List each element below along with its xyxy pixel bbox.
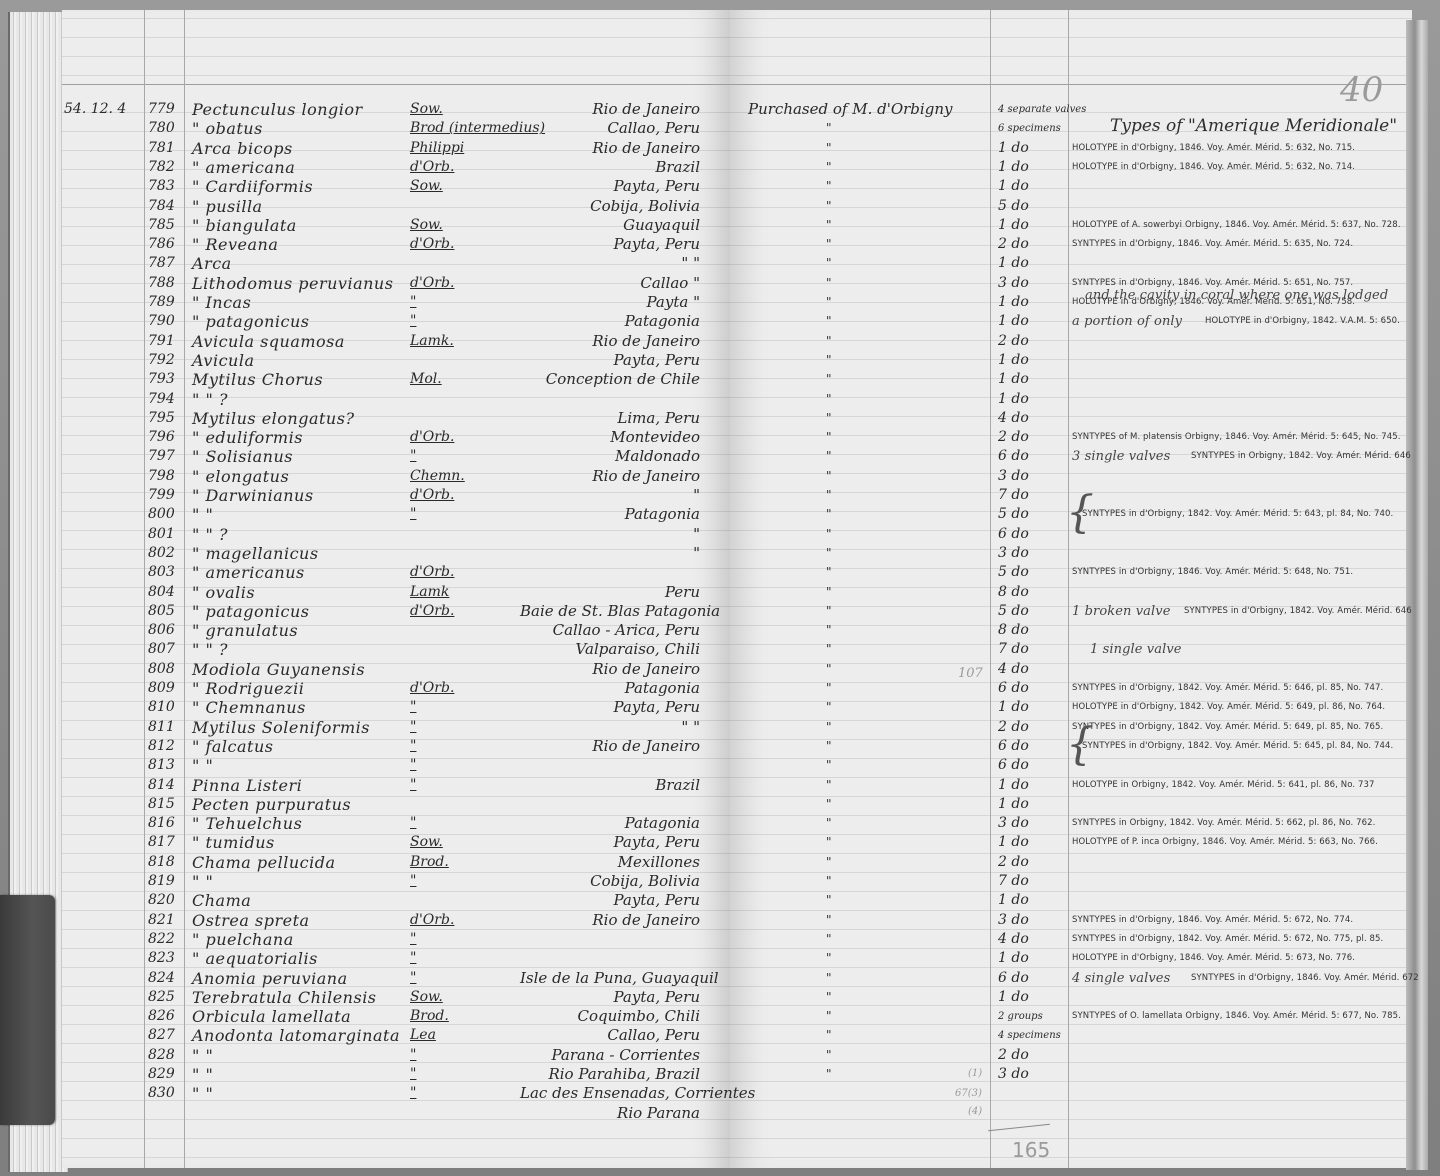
ledger-row: 810" Chemnanus"Payta, Peru"1 doHOLOTYPE … <box>0 698 1440 717</box>
species-name: " " <box>192 872 213 891</box>
ledger-row: 804" ovalisLamkPeru"8 do <box>0 583 1440 602</box>
species-author: Lamk <box>410 583 449 602</box>
specimen-quantity: 8 do <box>998 621 1029 640</box>
ledger-row: 796" eduliformisd'Orb.Montevideo"2 doSYN… <box>0 428 1440 447</box>
specimen-quantity: 2 do <box>998 1046 1029 1065</box>
species-name: " Darwinianus <box>192 486 314 505</box>
species-name: Chama pellucida <box>192 853 336 872</box>
type-status-note: HOLOTYPE in d'Orbigny, 1846. Voy. Amér. … <box>1072 949 1355 968</box>
locality: Brazil <box>520 776 700 795</box>
species-name: " " ? <box>192 390 228 409</box>
source-ditto: " <box>826 254 832 273</box>
source-ditto: " <box>826 1026 832 1045</box>
ledger-row: 798" elongatusChemn.Rio de Janeiro"3 do <box>0 467 1440 486</box>
type-status-note: SYNTYPES in Orbigny, 1842. Voy. Amér. Mé… <box>1191 447 1411 466</box>
species-name: " Chemnanus <box>192 698 306 717</box>
species-name: Arca bicops <box>192 139 293 158</box>
specimen-quantity: 6 specimens <box>998 119 1061 138</box>
ledger-row: 817" tumidusSow.Payta, Peru"1 doHOLOTYPE… <box>0 833 1440 852</box>
species-name: Anomia peruviana <box>192 969 348 988</box>
register-number: 803 <box>148 563 175 582</box>
source-ditto: " <box>826 544 832 563</box>
source-ditto: " <box>826 602 832 621</box>
ledger-row: 815Pecten purpuratus"1 do <box>0 795 1440 814</box>
ledger-row: 812" falcatus"Rio de Janeiro"6 doSYNTYPE… <box>0 737 1440 756</box>
ledger-row: 819" ""Cobija, Bolivia"7 do <box>0 872 1440 891</box>
species-name: Avicula <box>192 351 254 370</box>
source-ditto: " <box>826 583 832 602</box>
register-number: 815 <box>148 795 175 814</box>
species-author: " <box>410 930 416 949</box>
locality: Callao - Arica, Peru <box>520 621 700 640</box>
species-author: " <box>410 293 416 312</box>
register-number: 828 <box>148 1046 175 1065</box>
species-author: Brod. <box>410 1007 449 1026</box>
species-author: d'Orb. <box>410 486 454 505</box>
source-ditto: " <box>826 640 832 659</box>
ledger-row: 818Chama pellucidaBrod.Mexillones"2 do <box>0 853 1440 872</box>
ledger-row: 805" patagonicusd'Orb.Baie de St. Blas P… <box>0 602 1440 621</box>
species-author: Sow. <box>410 988 443 1007</box>
type-status-note: SYNTYPES in d'Orbigny, 1846. Voy. Amér. … <box>1072 911 1353 930</box>
ledger-row: Rio Parana <box>0 1104 1440 1123</box>
source-ditto: " <box>826 274 832 293</box>
source-ditto: " <box>826 969 832 988</box>
specimen-quantity: 1 do <box>998 293 1029 312</box>
species-author: " <box>410 949 416 968</box>
species-name: Arca <box>192 254 232 273</box>
locality: Montevideo <box>520 428 700 447</box>
source-ditto: " <box>826 776 832 795</box>
ledger-row: 784" pusillaCobija, Bolivia"5 do <box>0 197 1440 216</box>
source-ditto: " <box>826 872 832 891</box>
species-name: " eduliformis <box>192 428 303 447</box>
register-number: 805 <box>148 602 175 621</box>
locality: " <box>520 486 700 505</box>
source-ditto: " <box>826 216 832 235</box>
register-date: 54. 12. 4 <box>64 100 126 119</box>
register-number: 781 <box>148 139 175 158</box>
specimen-quantity: 2 do <box>998 853 1029 872</box>
type-status-note: SYNTYPES in d'Orbigny, 1842. Voy. Amér. … <box>1184 602 1412 621</box>
locality: Payta " <box>520 293 700 312</box>
species-name: " Rodriguezii <box>192 679 304 698</box>
specimen-quantity: 1 do <box>998 139 1029 158</box>
species-author: Sow. <box>410 833 443 852</box>
type-status-note: SYNTYPES in d'Orbigny, 1846. Voy. Amér. … <box>1191 969 1419 988</box>
species-name: " " <box>192 505 213 524</box>
register-number: 780 <box>148 119 175 138</box>
register-number: 790 <box>148 312 175 331</box>
source-ditto: " <box>826 409 832 428</box>
ledger-row: 782" americanad'Orb.Brazil"1 doHOLOTYPE … <box>0 158 1440 177</box>
species-author: d'Orb. <box>410 235 454 254</box>
register-number: 785 <box>148 216 175 235</box>
ledger-row: 803" americanusd'Orb."5 doSYNTYPES in d'… <box>0 563 1440 582</box>
locality: Callao " <box>520 274 700 293</box>
ledger-row: 806" granulatusCallao - Arica, Peru"8 do <box>0 621 1440 640</box>
handwritten-annotation: 1 single valve <box>1090 640 1182 659</box>
species-name: Anodonta latomarginata <box>192 1026 400 1045</box>
source-ditto: " <box>826 891 832 910</box>
type-status-note: HOLOTYPE in d'Orbigny, 1846. Voy. Amér. … <box>1072 293 1355 312</box>
source-ditto: " <box>826 988 832 1007</box>
register-number: 811 <box>148 718 175 737</box>
species-name: " puelchana <box>192 930 294 949</box>
species-name: Mytilus Soleniformis <box>192 718 370 737</box>
source-ditto: " <box>826 370 832 389</box>
register-number: 798 <box>148 467 175 486</box>
register-number: 789 <box>148 293 175 312</box>
ledger-row: 787Arca" ""1 do <box>0 254 1440 273</box>
register-number: 813 <box>148 756 175 775</box>
ledger-row: 799" Darwinianusd'Orb.""7 do <box>0 486 1440 505</box>
ledger-row: 54. 12. 4779Pectunculus longiorSow.Rio d… <box>0 100 1440 119</box>
specimen-quantity: 1 do <box>998 776 1029 795</box>
ledger-row: 822" puelchana""4 doSYNTYPES in d'Orbign… <box>0 930 1440 949</box>
register-number: 782 <box>148 158 175 177</box>
register-number: 787 <box>148 254 175 273</box>
species-name: " elongatus <box>192 467 289 486</box>
locality: Lima, Peru <box>520 409 700 428</box>
register-number: 830 <box>148 1084 175 1103</box>
register-number: 817 <box>148 833 175 852</box>
specimen-quantity: 3 do <box>998 467 1029 486</box>
species-name: Ostrea spreta <box>192 911 310 930</box>
species-name: Lithodomus peruvianus <box>192 274 393 293</box>
type-status-note: SYNTYPES in d'Orbigny, 1842. Voy. Amér. … <box>1072 930 1383 949</box>
species-author: " <box>410 505 416 524</box>
species-author: d'Orb. <box>410 158 454 177</box>
locality: Rio Parahiba, Brazil <box>520 1065 700 1084</box>
register-number: 784 <box>148 197 175 216</box>
type-status-note: SYNTYPES in d'Orbigny, 1842. Voy. Amér. … <box>1072 718 1383 737</box>
source-ditto: " <box>826 119 832 138</box>
species-author: " <box>410 872 416 891</box>
species-author: d'Orb. <box>410 428 454 447</box>
handwritten-annotation: 3 single valves <box>1072 447 1170 466</box>
specimen-quantity: 1 do <box>998 390 1029 409</box>
handwritten-annotation: 4 single valves <box>1072 969 1170 988</box>
locality: Rio de Janeiro <box>520 332 700 351</box>
handwritten-annotation: 1 broken valve <box>1072 602 1171 621</box>
source-ditto: " <box>826 698 832 717</box>
register-number: 802 <box>148 544 175 563</box>
ledger-row: 825Terebratula ChilensisSow.Payta, Peru"… <box>0 988 1440 1007</box>
specimen-quantity: 1 do <box>998 891 1029 910</box>
species-author: " <box>410 1065 416 1084</box>
register-number: 825 <box>148 988 175 1007</box>
specimen-quantity: 1 do <box>998 177 1029 196</box>
species-name: " " <box>192 1046 213 1065</box>
source-ditto: " <box>826 1065 832 1084</box>
locality: Cobija, Bolivia <box>520 872 700 891</box>
locality: " <box>520 525 700 544</box>
source-ditto: " <box>826 177 832 196</box>
species-name: " " <box>192 756 213 775</box>
species-author: Brod. <box>410 853 449 872</box>
ledger-row: 801" " ?""6 do <box>0 525 1440 544</box>
specimen-quantity: 1 do <box>998 216 1029 235</box>
locality: Patagonia <box>520 679 700 698</box>
source-ditto: " <box>826 853 832 872</box>
species-author: " <box>410 814 416 833</box>
register-number: 816 <box>148 814 175 833</box>
source-ditto: " <box>826 621 832 640</box>
ledger-row: 828" ""Parana - Corrientes"2 do <box>0 1046 1440 1065</box>
locality: Patagonia <box>520 505 700 524</box>
source-ditto: " <box>826 563 832 582</box>
specimen-quantity: 4 do <box>998 409 1029 428</box>
species-name: " pusilla <box>192 197 263 216</box>
register-number: 792 <box>148 351 175 370</box>
specimen-quantity: 3 do <box>998 1065 1029 1084</box>
species-author: Lamk. <box>410 332 454 351</box>
specimen-quantity: 5 do <box>998 197 1029 216</box>
locality: Callao, Peru <box>520 1026 700 1045</box>
source-ditto: " <box>826 911 832 930</box>
type-status-note: HOLOTYPE in Orbigny, 1842. Voy. Amér. Mé… <box>1072 776 1375 795</box>
type-status-note: SYNTYPES of O. lamellata Orbigny, 1846. … <box>1072 1007 1401 1026</box>
locality: Rio de Janeiro <box>520 467 700 486</box>
locality: Lac des Ensenadas, Corrientes <box>520 1084 700 1103</box>
source-ditto: " <box>826 930 832 949</box>
species-author: Sow. <box>410 216 443 235</box>
ledger-row: 783" CardiiformisSow.Payta, Peru"1 do <box>0 177 1440 196</box>
specimen-quantity: 6 do <box>998 969 1029 988</box>
specimen-quantity: 7 do <box>998 486 1029 505</box>
register-number: 818 <box>148 853 175 872</box>
species-author: Mol. <box>410 370 442 389</box>
source-ditto: " <box>826 525 832 544</box>
specimen-quantity: 3 do <box>998 544 1029 563</box>
register-number: 801 <box>148 525 175 544</box>
specimen-quantity: 1 do <box>998 351 1029 370</box>
species-author: d'Orb. <box>410 679 454 698</box>
species-name: Mytilus Chorus <box>192 370 323 389</box>
species-author: " <box>410 698 416 717</box>
source-ditto: " <box>826 447 832 466</box>
specimen-quantity: 6 do <box>998 756 1029 775</box>
specimen-quantity: 3 do <box>998 814 1029 833</box>
specimen-quantity: 1 do <box>998 698 1029 717</box>
locality: " <box>520 544 700 563</box>
type-status-note: HOLOTYPE in d'Orbigny, 1846. Voy. Amér. … <box>1072 158 1355 177</box>
specimen-quantity: 1 do <box>998 370 1029 389</box>
species-author: " <box>410 447 416 466</box>
specimen-quantity: 3 do <box>998 911 1029 930</box>
specimen-quantity: 6 do <box>998 525 1029 544</box>
register-number: 809 <box>148 679 175 698</box>
species-name: " " <box>192 1084 213 1103</box>
locality: Payta, Peru <box>520 351 700 370</box>
specimen-quantity: 6 do <box>998 447 1029 466</box>
locality: Isle de la Puna, Guayaquil <box>520 969 700 988</box>
locality: Rio Parana <box>520 1104 700 1123</box>
ledger-row: 808Modiola GuyanensisRio de Janeiro"4 do <box>0 660 1440 679</box>
type-status-note: HOLOTYPE in d'Orbigny, 1842. Voy. Amér. … <box>1072 698 1385 717</box>
species-name: " aequatorialis <box>192 949 318 968</box>
source-header: Purchased of M. d'Orbigny <box>748 100 952 119</box>
type-status-note: HOLOTYPE in d'Orbigny, 1846. Voy. Amér. … <box>1072 139 1355 158</box>
source-ditto: " <box>826 235 832 254</box>
species-name: " Reveana <box>192 235 278 254</box>
species-name: " patagonicus <box>192 312 309 331</box>
source-ditto: " <box>826 1007 832 1026</box>
register-number: 819 <box>148 872 175 891</box>
handwritten-annotation: a portion of only <box>1072 312 1182 331</box>
specimen-quantity: 5 do <box>998 602 1029 621</box>
specimen-quantity: 4 do <box>998 930 1029 949</box>
species-name: " falcatus <box>192 737 273 756</box>
margin-note-107: 107 <box>958 666 983 681</box>
locality: Coquimbo, Chili <box>520 1007 700 1026</box>
register-number: 814 <box>148 776 175 795</box>
register-number: 793 <box>148 370 175 389</box>
species-name: " americana <box>192 158 295 177</box>
type-status-note: SYNTYPES in d'Orbigny, 1846. Voy. Amér. … <box>1072 563 1353 582</box>
source-ditto: " <box>826 467 832 486</box>
ledger-row: 809" Rodrigueziid'Orb.Patagonia"6 doSYNT… <box>0 679 1440 698</box>
species-name: Pectunculus longior <box>192 100 363 119</box>
locality: Rio de Janeiro <box>520 100 700 119</box>
specimen-quantity: 7 do <box>998 872 1029 891</box>
ledger-row: 824Anomia peruviana"Isle de la Puna, Gua… <box>0 969 1440 988</box>
register-number: 786 <box>148 235 175 254</box>
register-number: 788 <box>148 274 175 293</box>
locality: Guayaquil <box>520 216 700 235</box>
species-name: " magellanicus <box>192 544 319 563</box>
specimen-quantity: 2 do <box>998 718 1029 737</box>
left-header-rule <box>62 84 730 85</box>
type-status-note: SYNTYPES in d'Orbigny, 1842. Voy. Amér. … <box>1082 737 1393 756</box>
source-ditto: " <box>826 332 832 351</box>
ledger-row: 816" Tehuelchus"Patagonia"3 doSYNTYPES i… <box>0 814 1440 833</box>
ledger-row: 790" patagonicus"Patagonia"1 doa portion… <box>0 312 1440 331</box>
locality: Conception de Chile <box>520 370 700 389</box>
species-author: " <box>410 1084 416 1103</box>
register-number: 795 <box>148 409 175 428</box>
species-author: d'Orb. <box>410 274 454 293</box>
species-author: Chemn. <box>410 467 465 486</box>
specimen-quantity: 5 do <box>998 505 1029 524</box>
ledger-row: 807" " ?Valparaiso, Chili"7 do1 single v… <box>0 640 1440 659</box>
source-ditto: " <box>826 756 832 775</box>
species-author: " <box>410 737 416 756</box>
ledger-row: 830" ""Lac des Ensenadas, Corrientes <box>0 1084 1440 1103</box>
ledger-row: 827Anodonta latomarginataLeaCallao, Peru… <box>0 1026 1440 1045</box>
species-name: Avicula squamosa <box>192 332 345 351</box>
source-ditto: " <box>826 505 832 524</box>
species-author: d'Orb. <box>410 911 454 930</box>
species-name: " obatus <box>192 119 263 138</box>
locality: " " <box>520 254 700 273</box>
locality: Peru <box>520 583 700 602</box>
type-status-note: SYNTYPES in d'Orbigny, 1842. Voy. Amér. … <box>1082 505 1393 524</box>
locality: Payta, Peru <box>520 177 700 196</box>
species-author: " <box>410 1046 416 1065</box>
type-status-note: SYNTYPES in d'Orbigny, 1846. Voy. Amér. … <box>1072 235 1353 254</box>
type-status-note: HOLOTYPE of A. sowerbyi Orbigny, 1846. V… <box>1072 216 1401 235</box>
register-number: 826 <box>148 1007 175 1026</box>
specimen-quantity: 1 do <box>998 254 1029 273</box>
register-number: 796 <box>148 428 175 447</box>
register-number: 823 <box>148 949 175 968</box>
locality: Rio de Janeiro <box>520 660 700 679</box>
ledger-row: 820ChamaPayta, Peru"1 do <box>0 891 1440 910</box>
ledger-row: 786" Reveanad'Orb.Payta, Peru"2 doSYNTYP… <box>0 235 1440 254</box>
locality: Brazil <box>520 158 700 177</box>
locality: " " <box>520 718 700 737</box>
ledger-row: 797" Solisianus"Maldonado"6 do3 single v… <box>0 447 1440 466</box>
specimen-quantity: 4 do <box>998 660 1029 679</box>
species-name: " ovalis <box>192 583 255 602</box>
register-number: 804 <box>148 583 175 602</box>
ledger-row: 795Mytilus elongatus?Lima, Peru"4 do <box>0 409 1440 428</box>
register-number: 822 <box>148 930 175 949</box>
locality: Payta, Peru <box>520 235 700 254</box>
register-number: 810 <box>148 698 175 717</box>
species-name: " americanus <box>192 563 305 582</box>
specimen-quantity: 6 do <box>998 737 1029 756</box>
margin-note-4: (4) <box>968 1106 982 1117</box>
ledger-row: 785" biangulataSow.Guayaquil"1 doHOLOTYP… <box>0 216 1440 235</box>
margin-note-67: 67(3) <box>955 1088 982 1099</box>
source-ditto: " <box>826 795 832 814</box>
register-number: 812 <box>148 737 175 756</box>
species-name: Chama <box>192 891 251 910</box>
species-author: Lea <box>410 1026 436 1045</box>
species-name: " biangulata <box>192 216 297 235</box>
species-name: " Incas <box>192 293 251 312</box>
species-author: " <box>410 776 416 795</box>
species-name: " Tehuelchus <box>192 814 302 833</box>
source-ditto: " <box>826 390 832 409</box>
ledger-row: 811Mytilus Soleniformis"" ""2 doSYNTYPES… <box>0 718 1440 737</box>
specimen-quantity: 5 do <box>998 563 1029 582</box>
source-ditto: " <box>826 197 832 216</box>
species-author: d'Orb. <box>410 563 454 582</box>
source-ditto: " <box>826 737 832 756</box>
specimen-quantity: 7 do <box>998 640 1029 659</box>
species-author: " <box>410 312 416 331</box>
source-ditto: " <box>826 1046 832 1065</box>
specimen-quantity: 1 do <box>998 795 1029 814</box>
species-name: " " ? <box>192 525 228 544</box>
register-number: 791 <box>148 332 175 351</box>
source-ditto: " <box>826 718 832 737</box>
species-name: Pecten purpuratus <box>192 795 351 814</box>
species-author: " <box>410 756 416 775</box>
species-author: " <box>410 969 416 988</box>
register-number: 797 <box>148 447 175 466</box>
specimen-quantity: 1 do <box>998 949 1029 968</box>
species-author: Sow. <box>410 100 443 119</box>
locality: Payta, Peru <box>520 988 700 1007</box>
register-number: 820 <box>148 891 175 910</box>
ledger-row: 780" obatusBrod (intermedius)Callao, Per… <box>0 119 1440 138</box>
specimen-quantity: 1 do <box>998 988 1029 1007</box>
species-name: " tumidus <box>192 833 275 852</box>
source-ditto: " <box>826 660 832 679</box>
register-number: 829 <box>148 1065 175 1084</box>
locality: Rio de Janeiro <box>520 139 700 158</box>
margin-note-1: (1) <box>968 1068 982 1079</box>
specimen-quantity: 1 do <box>998 158 1029 177</box>
species-name: " Solisianus <box>192 447 293 466</box>
source-ditto: " <box>826 312 832 331</box>
source-ditto: " <box>826 949 832 968</box>
